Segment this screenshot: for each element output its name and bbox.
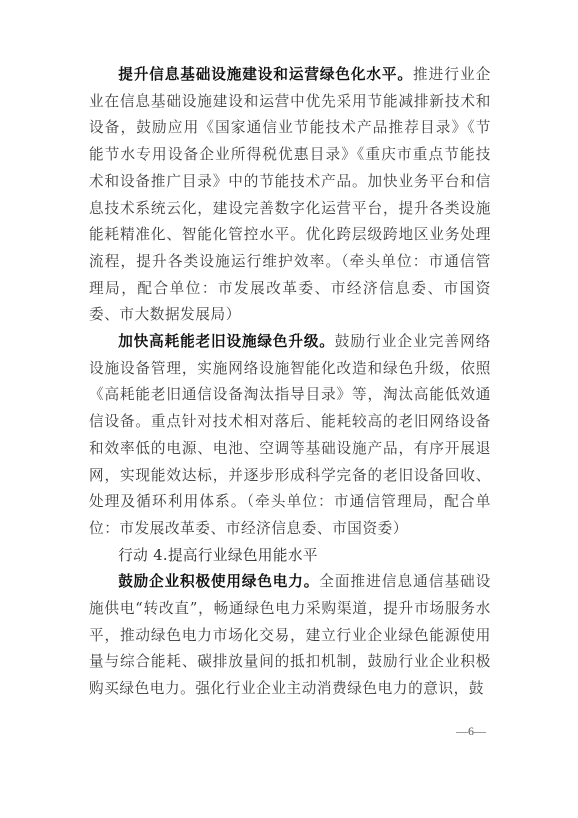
paragraph-body: 推进行业企业在信息基础设施建设和运营中优先采用节能减排新技术和设备，鼓励应用《国… bbox=[89, 66, 491, 323]
document-page: 提升信息基础设施建设和运营绿色化水平。推进行业企业在信息基础设施建设和运营中优先… bbox=[89, 62, 491, 703]
paragraph-lead-heading: 加快高耗能老旧设施绿色升级。 bbox=[118, 333, 335, 350]
paragraph-lead-heading: 鼓励企业积极使用绿色电力。 bbox=[118, 573, 319, 590]
paragraph-green-electricity: 鼓励企业积极使用绿色电力。全面推进信息通信基础设施供电“转改直”，畅通绿色电力采… bbox=[89, 569, 491, 703]
paragraph-lead-heading: 提升信息基础设施建设和运营绿色化水平。 bbox=[118, 66, 413, 83]
paragraph-body: 全面推进信息通信基础设施供电“转改直”，畅通绿色电力采购渠道，提升市场服务水平，… bbox=[89, 573, 491, 697]
action-heading: 行动 4.提高行业绿色用能水平 bbox=[89, 543, 491, 570]
paragraph-body: 鼓励行业企业完善网络设施设备管理，实施网络设施智能化改造和绿色升级，依照《高耗能… bbox=[89, 333, 491, 537]
page-number: —6— bbox=[456, 724, 486, 739]
paragraph-infrastructure-green-operation: 提升信息基础设施建设和运营绿色化水平。推进行业企业在信息基础设施建设和运营中优先… bbox=[89, 62, 491, 329]
paragraph-legacy-facility-upgrade: 加快高耗能老旧设施绿色升级。鼓励行业企业完善网络设施设备管理，实施网络设施智能化… bbox=[89, 329, 491, 543]
